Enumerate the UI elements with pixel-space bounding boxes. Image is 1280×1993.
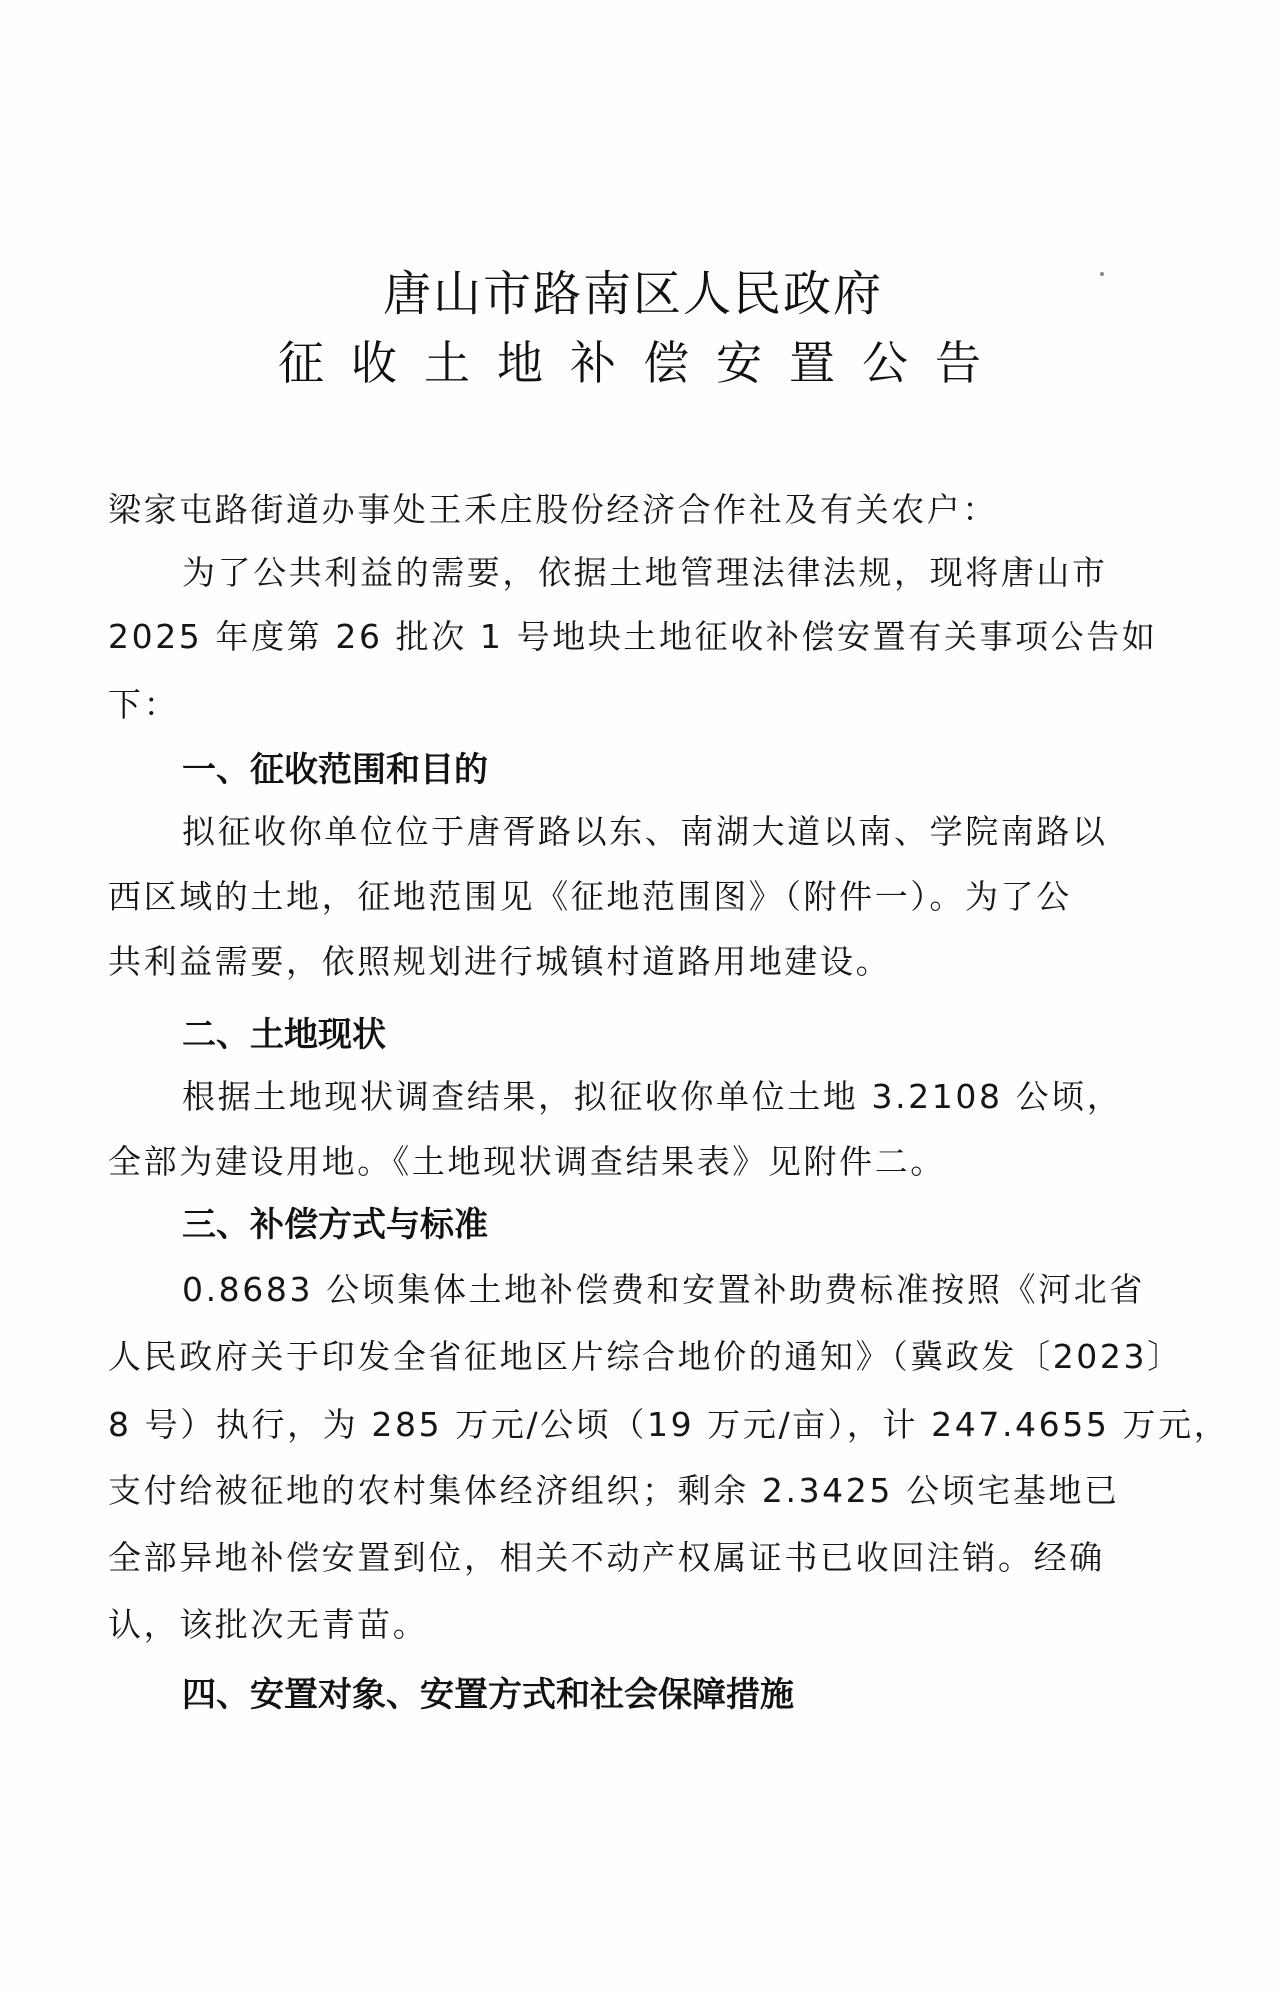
document-title-issuer: 唐山市路南区人民政府 (383, 270, 883, 318)
section-3-heading: 三、补偿方式与标准 (182, 1208, 488, 1242)
section-2-line-2: 全部为建设用地。《土地现状调查结果表》见附件二。 (108, 1145, 946, 1178)
document-title-subject: 征收土地补偿安置公告 (278, 340, 1008, 386)
section-1-heading: 一、征收范围和目的 (182, 753, 488, 787)
section-4-heading: 四、安置对象、安置方式和社会保障措施 (182, 1678, 794, 1712)
section-3-line-1: 0.8683 公顷集体土地补偿费和安置补助费标准按照《河北省 (182, 1273, 1145, 1306)
section-3-line-3: 8 号）执行，为 285 万元/公顷（19 万元/亩），计 247.4655 万… (108, 1408, 1229, 1441)
section-1-line-1: 拟征收你单位位于唐胥路以东、南湖大道以南、学院南路以 (182, 815, 1108, 848)
scan-speck (1100, 272, 1104, 276)
section-3-line-2: 人民政府关于印发全省征地区片综合地价的通知》（冀政发〔2023〕 (108, 1340, 1183, 1373)
section-1-line-2: 西区域的土地，征地范围见《征地范围图》（附件一）。为了公 (108, 880, 1072, 913)
section-1-line-3: 共利益需要，依照规划进行城镇村道路用地建设。 (108, 945, 891, 978)
section-3-line-5: 全部异地补偿安置到位，相关不动产权属证书已收回注销。经确 (108, 1541, 1105, 1574)
intro-line-1: 为了公共利益的需要，依据土地管理法律法规，现将唐山市 (182, 556, 1108, 589)
section-2-heading: 二、土地现状 (182, 1018, 386, 1052)
section-2-line-1: 根据土地现状调查结果，拟征收你单位土地 3.2108 公顷， (182, 1080, 1122, 1113)
document-page: 唐山市路南区人民政府 征收土地补偿安置公告 梁家屯路街道办事处王禾庄股份经济合作… (0, 0, 1280, 1993)
section-3-line-4: 支付给被征地的农村集体经济组织；剩余 2.3425 公顷宅基地已 (108, 1474, 1120, 1507)
addressee-line: 梁家屯路街道办事处王禾庄股份经济合作社及有关农户： (108, 493, 998, 526)
intro-line-3: 下： (108, 688, 179, 721)
section-3-line-6: 认，该批次无青苗。 (108, 1608, 428, 1641)
intro-line-2: 2025 年度第 26 批次 1 号地块土地征收补偿安置有关事项公告如 (108, 620, 1157, 653)
